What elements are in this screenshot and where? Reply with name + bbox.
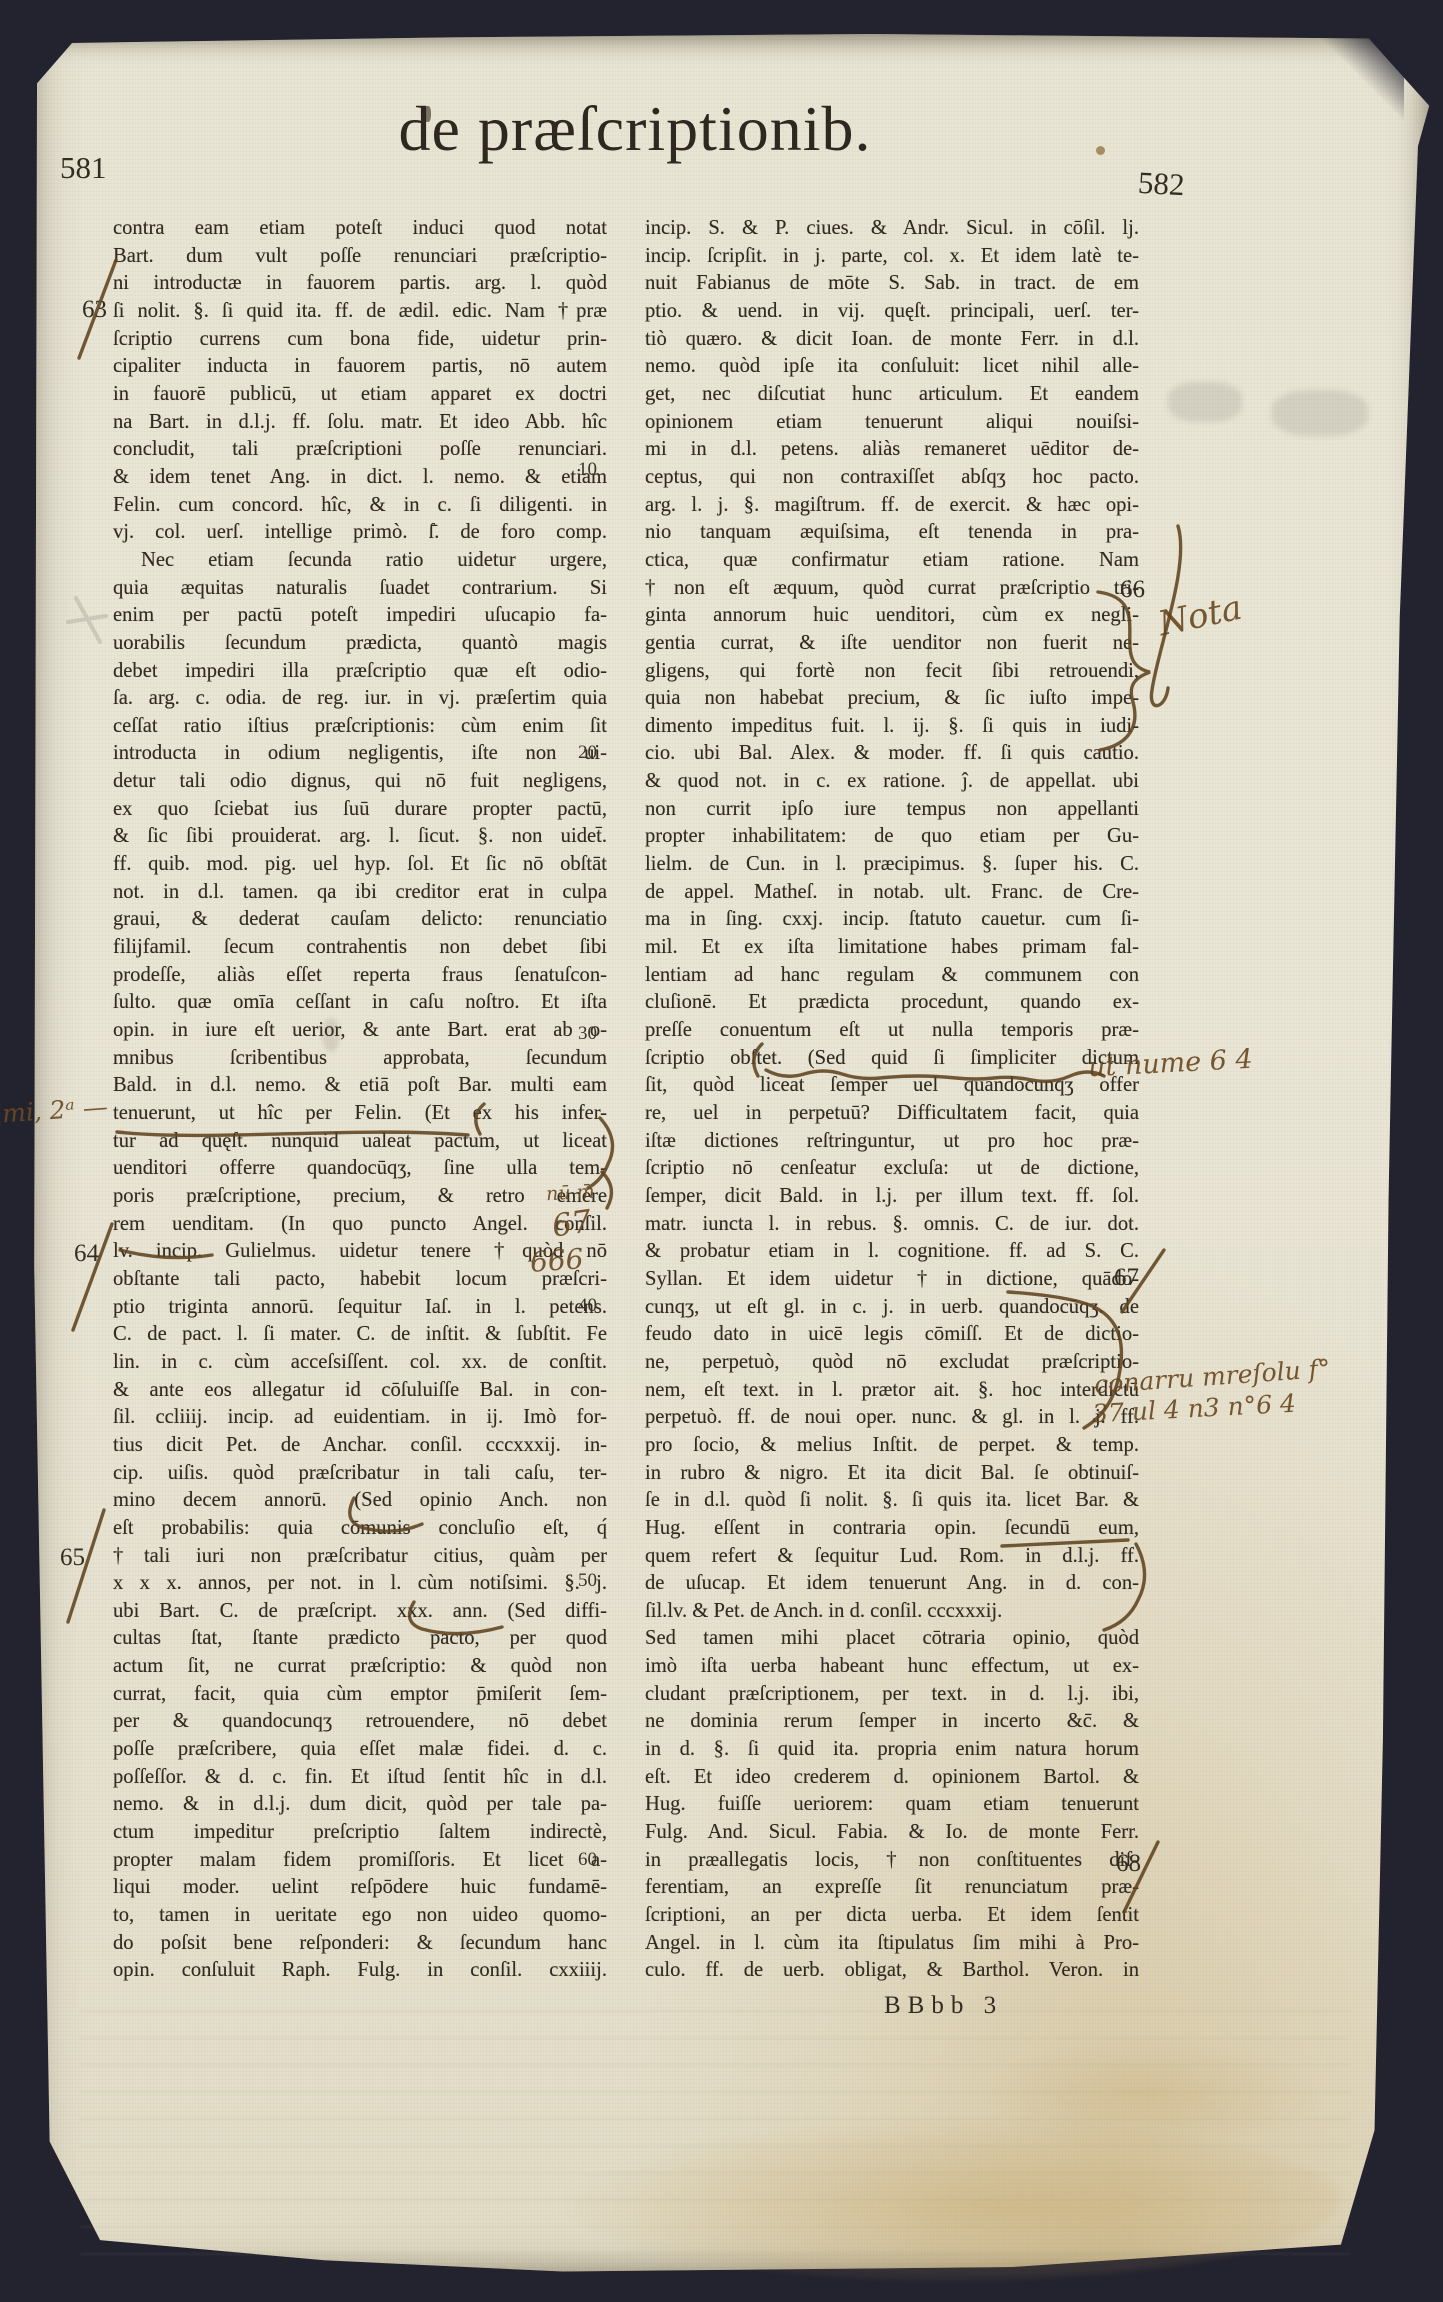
text-line: Bald. in d.l. nemo. & etiā poſt Bar. mul… xyxy=(113,1072,607,1100)
text-line: preſſe conuentum eſt ut nulla temporis p… xyxy=(645,1017,1139,1045)
text-line: non currit ipſo iure tempus non appellan… xyxy=(645,796,1139,824)
text-line: ptio. & uend. in vij. quęſt. principali,… xyxy=(645,298,1139,326)
text-line: ſcriptio currens cum bona fide, uidetur … xyxy=(113,326,607,354)
text-line: & quod not. in c. ex ratione. ĵ. de appe… xyxy=(645,768,1139,796)
gutter-line-number: 30 xyxy=(578,1023,622,1045)
text-line: poſſe præſcribere, quia eſſet malæ fidei… xyxy=(113,1736,607,1764)
text-line: cluſionē. Et prædicta procedunt, quando … xyxy=(645,989,1139,1017)
text-line: ex quo ſciebat ius ſuū durare propter pa… xyxy=(113,796,607,824)
text-line: & idem tenet Ang. in dict. l. nemo. & et… xyxy=(113,464,607,492)
text-line: & probatur etiam in l. cognitione. ff. a… xyxy=(645,1238,1139,1266)
text-line: Hug. fuiſſe ueriorem: quam etiam tenueru… xyxy=(645,1791,1139,1819)
text-line: tenuerunt, ut hîc per Felin. (Et ex his … xyxy=(113,1100,607,1128)
text-line: in præallegatis locis, †non conſtituente… xyxy=(645,1847,1139,1875)
text-line: enim per pactū poteſt impediri uſucapio … xyxy=(113,602,607,630)
handwritten-note: 666 xyxy=(529,1242,585,1279)
text-line: prodeſſe, aliàs eſſet reperta fraus ſena… xyxy=(113,962,607,990)
margin-section-number: 66 xyxy=(1120,576,1145,604)
ink-smudge xyxy=(1168,382,1242,422)
text-line: cultas ſtat, ſtante prædicto pacto, per … xyxy=(113,1625,607,1653)
text-line: vj. col. uerſ. intellige primò. ſ̄. de f… xyxy=(113,519,607,547)
text-line: actum ſit, ne currat præſcriptio: & quòd… xyxy=(113,1653,607,1681)
text-line: C. de pact. l. ſi mater. C. de inſtit. &… xyxy=(113,1321,607,1349)
text-line: uenditori offerre quandocūqʒ, ſine ulla … xyxy=(113,1155,607,1183)
text-line: graui, & dederat cauſam delicto: renunci… xyxy=(113,906,607,934)
gutter-line-number: 10 xyxy=(578,459,622,481)
text-line: eſt probabilis: quia cōmunis concluſio e… xyxy=(113,1515,607,1543)
text-line: propter inhabilitatem: de quo etiam per … xyxy=(645,823,1139,851)
text-line: not. in d.l. tamen. qa ibi creditor erat… xyxy=(113,879,607,907)
text-line: mi in d.l. petens. aliàs remaneret uēdit… xyxy=(645,436,1139,464)
text-line: x x x. annos, per not. in l. cùm notiſsi… xyxy=(113,1570,607,1598)
ink-smudge xyxy=(1272,390,1368,436)
text-line: cipaliter inducta in fauorem partis, nō … xyxy=(113,353,607,381)
text-line: ma in ſing. cxxj. incip. ſtatuto cauetur… xyxy=(645,906,1139,934)
text-line: nemo. & in d.l.j. dum dicit, quòd per ta… xyxy=(113,1791,607,1819)
ink-speck xyxy=(1096,146,1105,155)
text-line: matr. iuncta l. in rebus. §. omnis. C. d… xyxy=(645,1211,1139,1239)
text-line: Nec etiam ſecunda ratio uidetur urgere, xyxy=(113,547,607,575)
text-line: cludant præſcriptionem, per text. in d. … xyxy=(645,1681,1139,1709)
text-line: ſit, quòd liceat ſemper uel quandocunqʒ … xyxy=(645,1072,1139,1100)
text-line: ſil. ccliiij. incip. ad euidentiam. in i… xyxy=(113,1404,607,1432)
text-line: †tali iuri non præſcribatur citius, quàm… xyxy=(113,1543,607,1571)
text-line: concludit, tali præſcriptioni poſſe renu… xyxy=(113,436,607,464)
text-line: ptio triginta annorū. ſequitur Iaſ. in l… xyxy=(113,1294,607,1322)
text-line: ctum impeditur preſcriptio ſaltem indire… xyxy=(113,1819,607,1847)
text-line: to, tamen in ueritate ego non uideo quom… xyxy=(113,1902,607,1930)
text-line: ferentiam, an expreſſe ſit renunciatum p… xyxy=(645,1874,1139,1902)
water-stain xyxy=(980,2040,1320,2150)
text-line: opin. conſuluit Raph. Fulg. in conſil. c… xyxy=(113,1957,607,1985)
text-line: ſcriptio obſtet. (Sed quid ſi ſimplicite… xyxy=(645,1045,1139,1073)
text-line: Fulg. And. Sicul. Fabia. & Io. de monte … xyxy=(645,1819,1139,1847)
margin-section-number: 68 xyxy=(1116,1850,1141,1878)
gutter-line-number: 20 xyxy=(578,742,622,764)
text-line: eſt. Et ideo crederem d. opinionem Barto… xyxy=(645,1764,1139,1792)
text-line: dimento impeditus fuit. l. ij. §. ſi qui… xyxy=(645,713,1139,741)
text-line: lentiam ad hanc regulam & communem con xyxy=(645,962,1139,990)
text-line: de appel. Matheſ. in notab. ult. Franc. … xyxy=(645,879,1139,907)
margin-section-number: 63 xyxy=(82,296,107,324)
text-line: Felin. cum concord. hîc, & in c. ſi dili… xyxy=(113,492,607,520)
text-line: in rubro & nigro. Et ita dicit Bal. ſe o… xyxy=(645,1460,1139,1488)
scanned-book-page: de præſcriptionib. 581 582 contra eam et… xyxy=(0,0,1443,2302)
text-line: na Bart. in d.l.j. ff. ſolu. matr. Et id… xyxy=(113,409,607,437)
text-line: incip. ſcripſit. in j. parte, col. x. Et… xyxy=(645,243,1139,271)
text-line: filijfamil. ſecum contrahentis non debet… xyxy=(113,934,607,962)
text-line: mnibus ſcribentibus approbata, ſecundum xyxy=(113,1045,607,1073)
text-line: ſi nolit. §. ſi quid ita. ff. de ædil. e… xyxy=(113,298,607,326)
text-line: ne dominia rerum ſemper in incerto &c̄. … xyxy=(645,1708,1139,1736)
folio-number-582: 582 xyxy=(1137,165,1185,203)
text-line: uorabilis ſecundum prædicta, quantò magi… xyxy=(113,630,607,658)
text-line: ctica, quæ confirmatur etiam ratione. Na… xyxy=(645,547,1139,575)
text-line: contra eam etiam poteſt induci quod nota… xyxy=(113,215,607,243)
text-line: Sed tamen mihi placet cōtraria opinio, q… xyxy=(645,1625,1139,1653)
text-line: get, nec diſcutiat hunc articulum. Et ea… xyxy=(645,381,1139,409)
text-column-left: contra eam etiam poteſt induci quod nota… xyxy=(113,215,607,1985)
text-line: cunqʒ, ut eſt gl. in c. j. in uerb. quan… xyxy=(645,1294,1139,1322)
text-line: lielm. de Cun. in l. præcipimus. §. ſupe… xyxy=(645,851,1139,879)
text-line: mil. Et ex iſta limitatione habes primam… xyxy=(645,934,1139,962)
text-line: liqui moder. uelint reſpōdere huic funda… xyxy=(113,1874,607,1902)
text-line: mino decem annorū. (Sed opinio Anch. non xyxy=(113,1487,607,1515)
text-column-right: incip. S. & P. ciues. & Andr. Sicul. in … xyxy=(645,215,1139,1985)
text-line: per & quandocunqʒ retrouendere, nō debet xyxy=(113,1708,607,1736)
handwritten-note: 67 xyxy=(550,1203,594,1244)
text-line: ginta annorum huic uenditori, cùm ex neg… xyxy=(645,602,1139,630)
gutter-line-number: 50 xyxy=(578,1570,622,1592)
text-line: cip. uiſis. quòd præſcribatur in tali ca… xyxy=(113,1460,607,1488)
text-line: ceptus, qui non contraxiſſet abſqʒ hoc p… xyxy=(645,464,1139,492)
text-line: ſcriptioni, an per dicta uerba. Et idem … xyxy=(645,1902,1139,1930)
text-line: incip. S. & P. ciues. & Andr. Sicul. in … xyxy=(645,215,1139,243)
text-line: Bart. dum vult poſſe renunciari præſcrip… xyxy=(113,243,607,271)
text-line: gentia currat, & iſte uenditor non fueri… xyxy=(645,630,1139,658)
text-line: tur ad quęſt. nunquid ualeat pactum, ut … xyxy=(113,1128,607,1156)
text-line: poris præſcriptione, precium, & retro em… xyxy=(113,1183,607,1211)
folio-number-581: 581 xyxy=(60,150,107,186)
text-line: quem refert & ſequitur Lud. Rom. in d.l.… xyxy=(645,1543,1139,1571)
text-line: cio. ubi Bal. Alex. & moder. ff. ſi quis… xyxy=(645,740,1139,768)
text-line: poſſeſſor. & d. c. fin. Et iſtud ſentit … xyxy=(113,1764,607,1792)
text-line: & ſic ſibi prouiderat. arg. l. ſicut. §.… xyxy=(113,823,607,851)
text-line: Hug. eſſent in contraria opin. ſecundū e… xyxy=(645,1515,1139,1543)
running-title: de præſcriptionib. xyxy=(340,92,930,166)
text-line: Syllan. Et idem uidetur †in dictione, qu… xyxy=(645,1266,1139,1294)
text-line: †non eſt æquum, quòd currat præſcriptio … xyxy=(645,575,1139,603)
text-line: iſtæ dictiones reſtringuntur, ut pro hoc… xyxy=(645,1128,1139,1156)
text-line: quia æquitas naturalis ſuadet contrarium… xyxy=(113,575,607,603)
text-line: lin. in c. cùm acceſsiſſent. col. xx. de… xyxy=(113,1349,607,1377)
text-line: ni introductæ in fauorem partis. arg. l.… xyxy=(113,270,607,298)
margin-section-number: 64 xyxy=(74,1240,99,1268)
text-line: feudo dato in uicē legis cōmiſſ. Et de d… xyxy=(645,1321,1139,1349)
text-line: introducta in odium negligentis, iſte no… xyxy=(113,740,607,768)
text-line: ne, perpetuò, quòd nō excludat præſcript… xyxy=(645,1349,1139,1377)
text-line: tius dicit Pet. de Anchar. conſil. cccxx… xyxy=(113,1432,607,1460)
text-line: nuit Fabianus de mōte S. Sab. in tract. … xyxy=(645,270,1139,298)
text-line: de uſucap. Et idem tenuerunt Ang. in d. … xyxy=(645,1570,1139,1598)
text-line: ſemper, dicit Bald. in l.j. per illum te… xyxy=(645,1183,1139,1211)
text-line: detur tali odio dignus, qui nō fuit negl… xyxy=(113,768,607,796)
text-line: & ante eos allegatur id cōſuluiſſe Bal. … xyxy=(113,1377,607,1405)
text-line: nio tanquam æquiſsima, eſt tenenda in pr… xyxy=(645,519,1139,547)
text-line: ſil.lv. & Pet. de Anch. in d. conſil. cc… xyxy=(645,1598,1139,1626)
handwritten-note: nū m̄ xyxy=(545,1181,595,1206)
text-line: re, uel in perpetuū? Difficultatem facit… xyxy=(645,1100,1139,1128)
text-line: opin. in iure eſt uerior, & ante Bart. e… xyxy=(113,1017,607,1045)
text-line: ff. quib. mod. pig. uel hyp. ſol. Et ſic… xyxy=(113,851,607,879)
text-line: opinionem etiam tenuerunt aliqui nouiſsi… xyxy=(645,409,1139,437)
text-line: in d. §. ſi quid ita. propria enim natur… xyxy=(645,1736,1139,1764)
text-line: ſa. arg. c. odia. de reg. iur. in vj. pr… xyxy=(113,685,607,713)
text-line: nem, eſt text. in l. prætor ait. §. hoc … xyxy=(645,1377,1139,1405)
gutter-line-number: 60 xyxy=(578,1849,622,1871)
margin-section-number: 67 xyxy=(1114,1264,1139,1292)
text-line: ſcriptio nō cenſeatur excluſa: ut de dic… xyxy=(645,1155,1139,1183)
text-line: pro ſocio, & melius Inſtit. de perpet. &… xyxy=(645,1432,1139,1460)
text-line: nemo. quòd ipſe ita conſuluit: licet nih… xyxy=(645,353,1139,381)
text-line: gligens, qui fortè non fecit ſibi retrou… xyxy=(645,658,1139,686)
corner-fold-shadow xyxy=(1308,34,1404,130)
text-line: Angel. in l. cùm ita ſtipulatus ſim mihi… xyxy=(645,1930,1139,1958)
text-line: propter malam fidem promiſſoris. Et lice… xyxy=(113,1847,607,1875)
text-line: quia non habebat precium, & ſic iuſto im… xyxy=(645,685,1139,713)
text-line: ubi Bart. C. de præſcript. xxx. ann. (Se… xyxy=(113,1598,607,1626)
text-line: ceſſat ratio iſtius præſcriptionis: cùm … xyxy=(113,713,607,741)
text-line: culo. ff. de uerb. obligat, & Barthol. V… xyxy=(645,1957,1139,1985)
signature-mark: BBbb 3 xyxy=(884,1992,1003,2020)
margin-section-number: 65 xyxy=(60,1544,85,1572)
text-line: currat, facit, quia cùm emptor p̄miſerit… xyxy=(113,1681,607,1709)
text-line: do poſsit bene reſponderi: & ſecundum ha… xyxy=(113,1930,607,1958)
text-line: arg. l. j. §. magiſtrum. ff. de exercit.… xyxy=(645,492,1139,520)
text-line: in fauorē publicū, ut etiam apparet ex d… xyxy=(113,381,607,409)
text-line: ſe in d.l. quòd ſi nolit. §. ſi quis ita… xyxy=(645,1487,1139,1515)
text-line: ſulto. quæ omīa ceſſant in caſu noſtro. … xyxy=(113,989,607,1017)
gutter-line-number: 40 xyxy=(578,1295,622,1317)
text-line: tiò quæro. & dicit Ioan. de monte Ferr. … xyxy=(645,326,1139,354)
text-line: rem uenditam. (In quo puncto Angel. conſ… xyxy=(113,1211,607,1239)
text-line: imò iſta uerba habeant hunc effectum, ut… xyxy=(645,1653,1139,1681)
text-line: perpetuò. ff. de noui oper. nunc. & gl. … xyxy=(645,1404,1139,1432)
text-line: debet impediri illa præſcriptio quæ eſt … xyxy=(113,658,607,686)
